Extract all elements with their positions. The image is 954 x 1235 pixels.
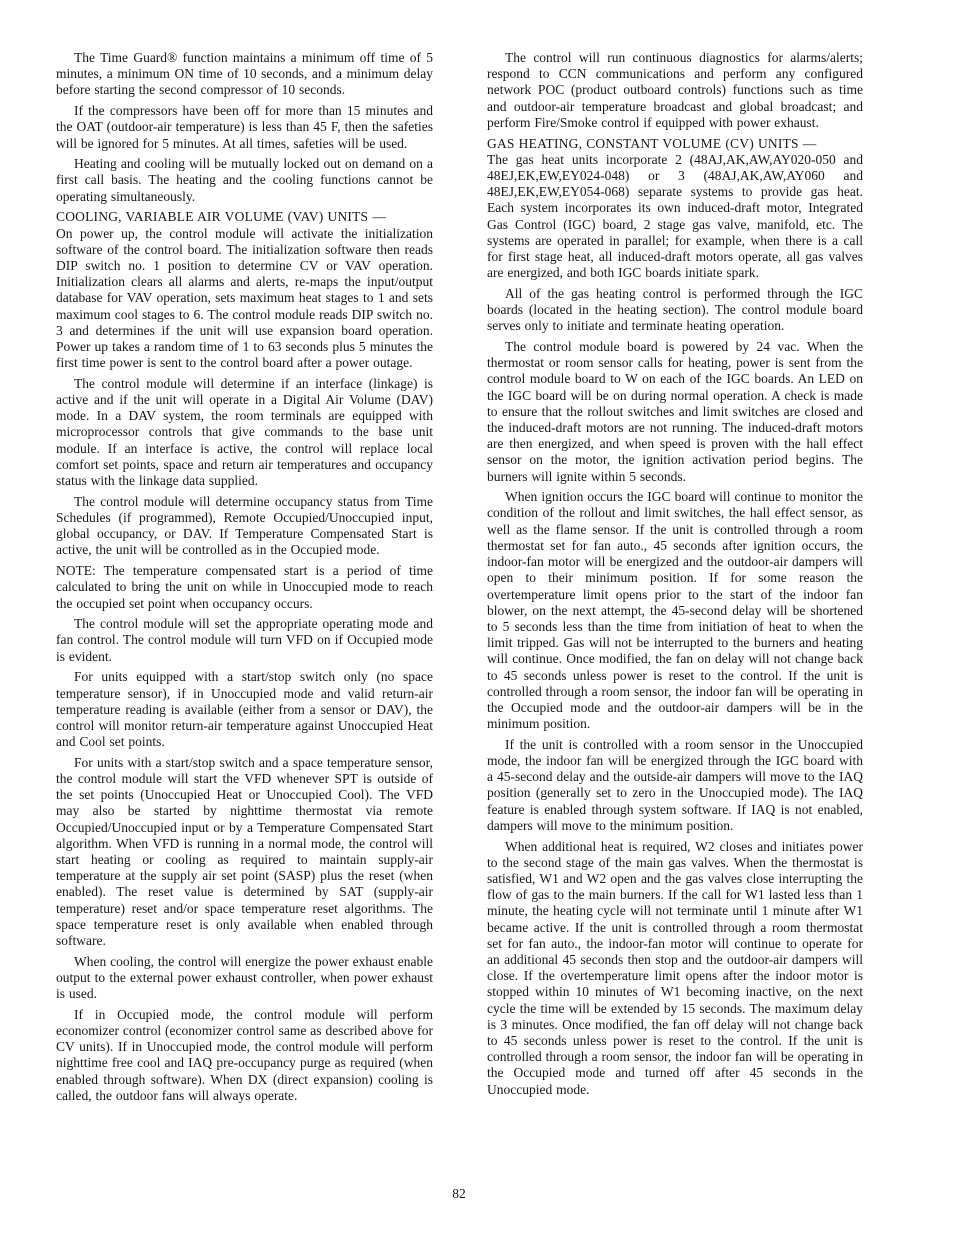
paragraph: For units equipped with a start/stop swi…	[56, 669, 433, 750]
paragraph: When ignition occurs the IGC board will …	[487, 489, 863, 732]
section-heading-gas-heating-cv: GAS HEATING, CONSTANT VOLUME (CV) UNITS …	[487, 136, 863, 152]
page-number: 82	[56, 1186, 862, 1202]
text-column-right: The control will run continuous diagnost…	[487, 50, 863, 1098]
paragraph: When additional heat is required, W2 clo…	[487, 839, 863, 1098]
text-column-left: The Time Guard® function maintains a min…	[56, 50, 433, 1104]
paragraph: The control module will determine if an …	[56, 376, 433, 489]
paragraph: When cooling, the control will energize …	[56, 954, 433, 1003]
paragraph: If in Occupied mode, the control module …	[56, 1007, 433, 1104]
note-paragraph: NOTE: The temperature compensated start …	[56, 563, 433, 612]
paragraph: If the unit is controlled with a room se…	[487, 737, 863, 834]
paragraph: For units with a start/stop switch and a…	[56, 755, 433, 949]
paragraph: On power up, the control module will act…	[56, 226, 433, 372]
paragraph: The gas heat units incorporate 2 (48AJ,A…	[487, 152, 863, 282]
section-heading-cooling-vav: COOLING, VARIABLE AIR VOLUME (VAV) UNITS…	[56, 209, 433, 225]
paragraph: The control module board is powered by 2…	[487, 339, 863, 485]
paragraph: If the compressors have been off for mor…	[56, 103, 433, 152]
paragraph: Heating and cooling will be mutually loc…	[56, 156, 433, 205]
paragraph: The control module will set the appropri…	[56, 616, 433, 665]
paragraph: The Time Guard® function maintains a min…	[56, 50, 433, 99]
document-page: The Time Guard® function maintains a min…	[0, 0, 954, 1235]
paragraph: The control will run continuous diagnost…	[487, 50, 863, 131]
paragraph: The control module will determine occupa…	[56, 494, 433, 559]
paragraph: All of the gas heating control is perfor…	[487, 286, 863, 335]
